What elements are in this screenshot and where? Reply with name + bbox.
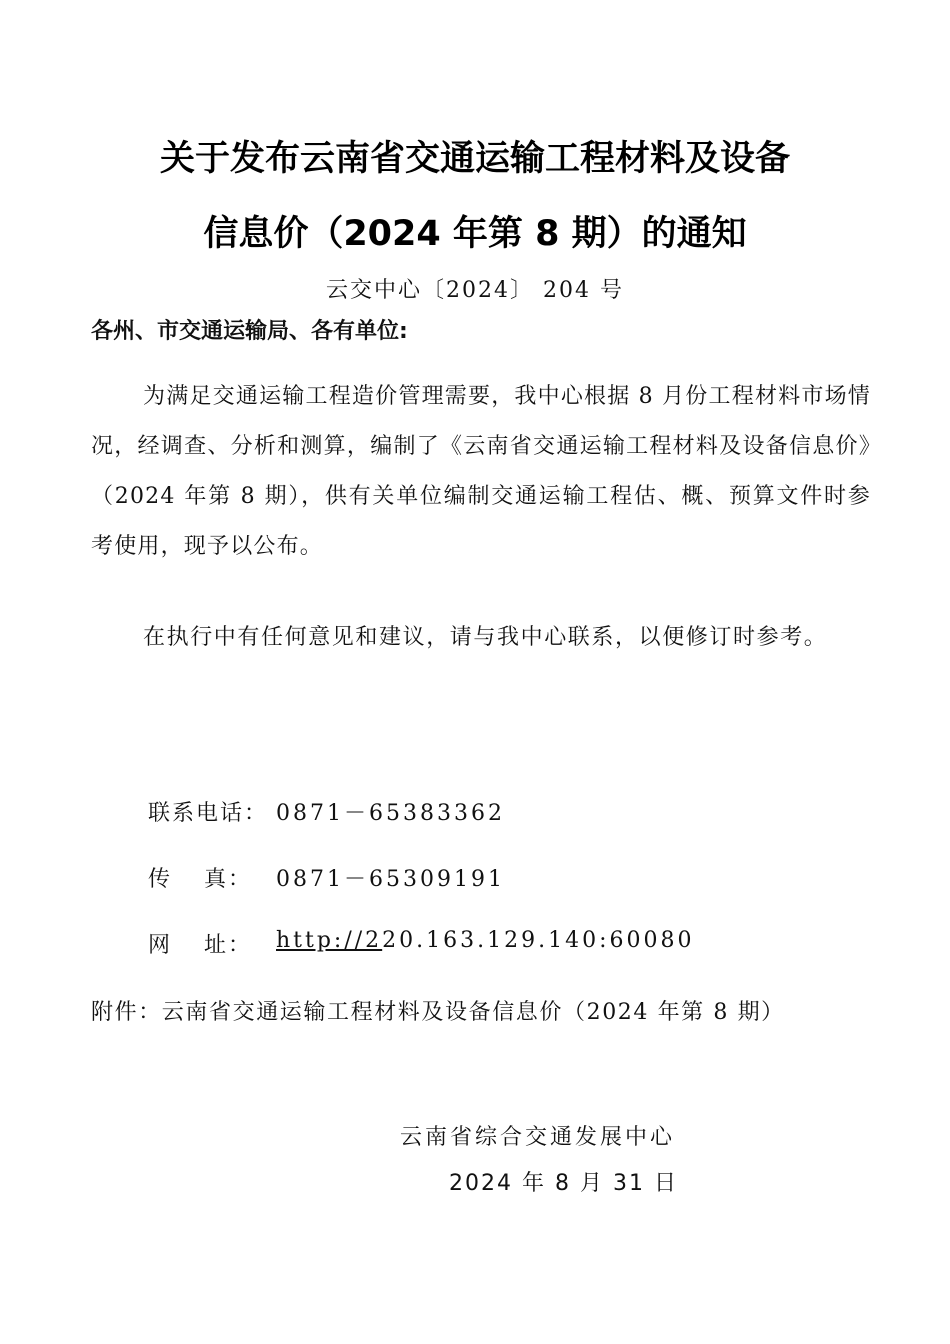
fax-label-char-2: 真： <box>204 862 252 893</box>
phone-value: 0871－65383362 <box>276 796 505 827</box>
body-paragraph-2: 在执行中有任何意见和建议，请与我中心联系，以便修订时参考。 <box>143 620 827 651</box>
fax-label-char-1: 传 <box>148 862 172 893</box>
contact-website-row: 网 址： http://220.163.129.140:60080 <box>148 928 695 959</box>
contact-fax-row: 传 真： 0871－65309191 <box>148 862 505 893</box>
phone-label: 联系电话： <box>148 796 276 827</box>
fax-label: 传 真： <box>148 862 252 893</box>
website-label-char-2: 址： <box>204 928 252 959</box>
contact-phone-row: 联系电话： 0871－65383362 <box>148 796 505 827</box>
website-address-rest: 20.163.129.140:60080 <box>382 928 694 953</box>
body-paragraph-1-text: 为满足交通运输工程造价管理需要，我中心根据 8 月份工程材料市场情况，经调查、分… <box>91 384 871 559</box>
recipient-salutation: 各州、市交通运输局、各有单位: <box>91 314 408 345</box>
website-label: 网 址： <box>148 928 252 959</box>
website-value: http://220.163.129.140:60080 <box>276 928 695 959</box>
document-title-line-1: 关于发布云南省交通运输工程材料及设备 <box>0 131 950 181</box>
issuer-name: 云南省综合交通发展中心 <box>400 1120 675 1151</box>
fax-value: 0871－65309191 <box>276 862 505 893</box>
attachment-note: 附件：云南省交通运输工程材料及设备信息价（2024 年第 8 期） <box>91 995 785 1026</box>
website-label-char-1: 网 <box>148 928 172 959</box>
document-number: 云交中心〔2024〕 204 号 <box>0 273 950 304</box>
body-paragraph-1: 为满足交通运输工程造价管理需要，我中心根据 8 月份工程材料市场情况，经调查、分… <box>91 372 871 572</box>
issue-date: 2024 年 8 月 31 日 <box>449 1166 678 1197</box>
website-link[interactable]: http://2 <box>276 928 382 953</box>
document-title-line-2: 信息价（2024 年第 8 期）的通知 <box>0 206 950 256</box>
